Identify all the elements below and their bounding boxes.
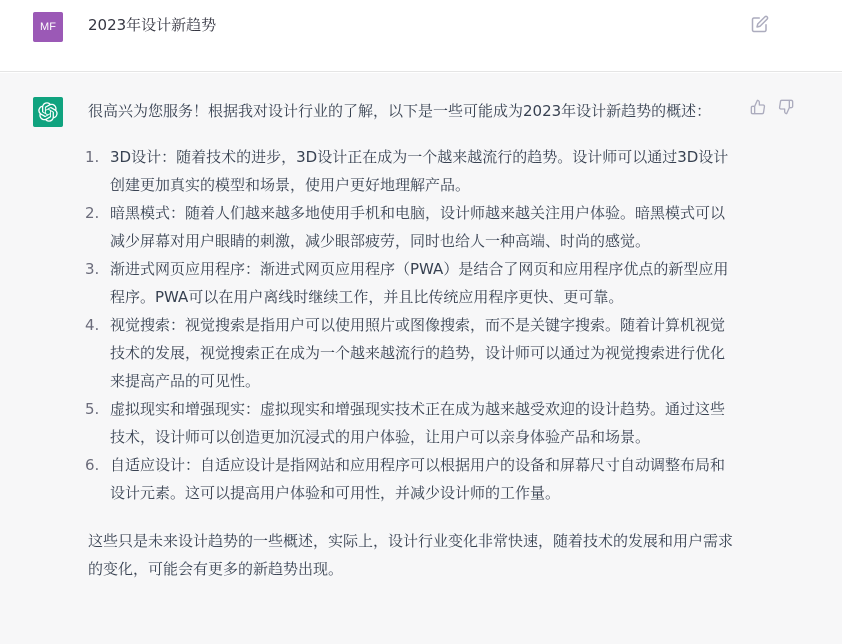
list-item: 1.3D设计：随着技术的进步，3D设计正在成为一个越来越流行的趋势。设计师可以通…	[88, 143, 738, 199]
list-item: 6.自适应设计：自适应设计是指网站和应用程序可以根据用户的设备和屏幕尺寸自动调整…	[88, 451, 738, 507]
outro-paragraph: 这些只是未来设计趋势的一些概述，实际上，设计行业变化非常快速，随着技术的发展和用…	[88, 527, 738, 583]
user-message-row: MF 2023年设计新趋势	[0, 0, 842, 72]
list-item: 5.虚拟现实和增强现实：虚拟现实和增强现实技术正在成为越来越受欢迎的设计趋势。通…	[88, 395, 738, 451]
list-item: 2.暗黑模式：随着人们越来越多地使用手机和电脑，设计师越来越关注用户体验。暗黑模…	[88, 199, 738, 255]
user-avatar: MF	[33, 12, 63, 42]
avatar-initials: MF	[40, 21, 56, 33]
list-item: 3.渐进式网页应用程序：渐进式网页应用程序（PWA）是结合了网页和应用程序优点的…	[88, 255, 738, 311]
assistant-message-content: 很高兴为您服务！根据我对设计行业的了解，以下是一些可能成为2023年设计新趋势的…	[88, 97, 738, 583]
pencil-square-icon[interactable]	[751, 15, 769, 33]
thumbs-down-icon[interactable]	[778, 99, 796, 117]
thumbs-up-icon[interactable]	[750, 99, 768, 117]
openai-logo-icon	[33, 97, 63, 127]
assistant-message-row: 很高兴为您服务！根据我对设计行业的了解，以下是一些可能成为2023年设计新趋势的…	[0, 73, 842, 644]
trend-list: 1.3D设计：随着技术的进步，3D设计正在成为一个越来越流行的趋势。设计师可以通…	[88, 143, 738, 507]
feedback-buttons	[750, 99, 796, 117]
user-message-text: 2023年设计新趋势	[88, 14, 216, 36]
list-item: 4.视觉搜索：视觉搜索是指用户可以使用照片或图像搜索，而不是关键字搜索。随着计算…	[88, 311, 738, 395]
intro-paragraph: 很高兴为您服务！根据我对设计行业的了解，以下是一些可能成为2023年设计新趋势的…	[88, 97, 738, 125]
